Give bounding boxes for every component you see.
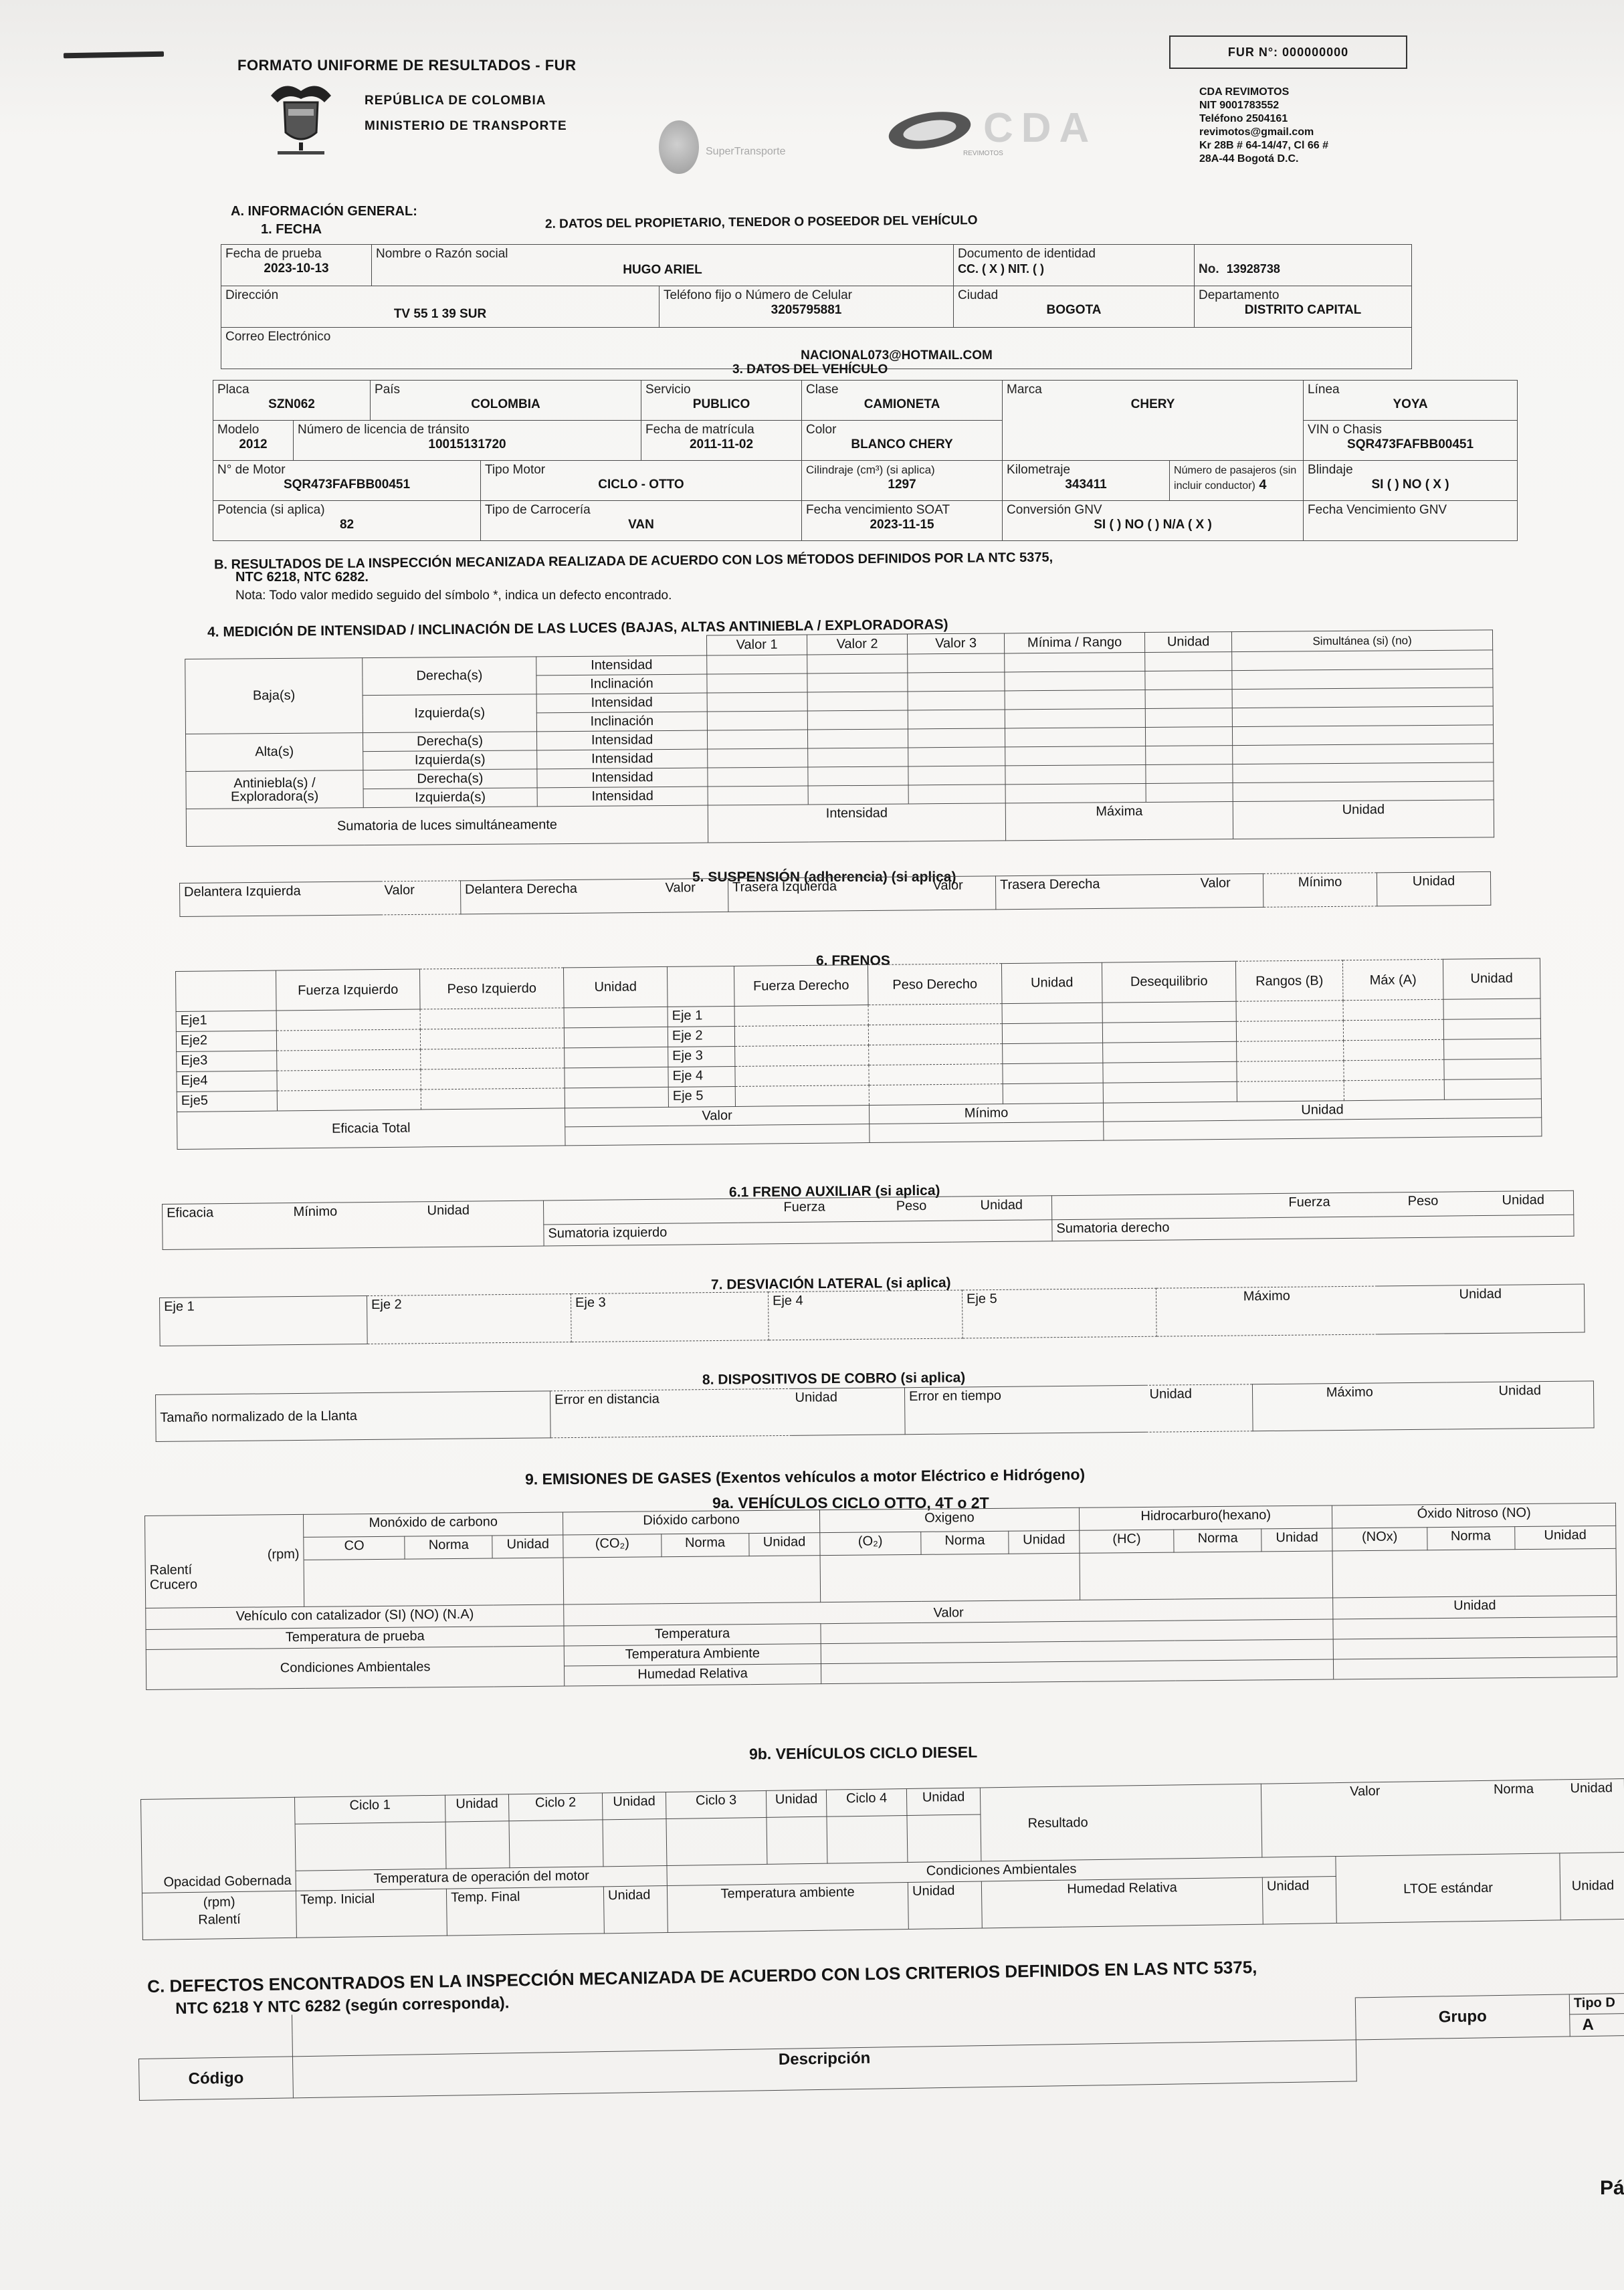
unit-label: Unidad [423, 1201, 544, 1247]
gnv-value: SI ( ) NO ( ) N/A ( X ) [1007, 518, 1299, 532]
unit-header: Unidad [749, 1533, 820, 1556]
mileage-value: 343411 [1007, 478, 1165, 492]
unit-label: Unidad [1145, 1384, 1253, 1433]
unit-header: Unidad [766, 1790, 827, 1817]
axle-label: Eje 3 [668, 1046, 735, 1067]
idle-label: Ralentí [146, 1910, 292, 1930]
cruise-label: Crucero [150, 1576, 300, 1592]
norm-header: Norma [405, 1536, 492, 1559]
axle-label: Eje2 [176, 1031, 276, 1051]
unit-label: Unidad [1558, 1779, 1624, 1806]
front-right-label: Delantera Derecha [460, 879, 661, 914]
rpm-idle-labels: (rpm) Ralentí [142, 1891, 296, 1940]
value-label: Valor [661, 878, 728, 912]
side-label: Derecha(s) [363, 732, 536, 752]
form-title: FORMATO UNIFORME DE RESULTADOS - FUR [237, 57, 576, 74]
measure-label: Inclinación [536, 674, 707, 694]
sum-unit-label: Unidad [1233, 800, 1494, 839]
phone-cell: Teléfono fijo o Número de Celular3205795… [659, 286, 954, 328]
passengers-cell: Número de pasajeros (sin incluir conduct… [1170, 461, 1304, 501]
weight-right-header: Peso Derecho [868, 964, 1002, 1005]
norm-header: Norma [1427, 1527, 1514, 1550]
rpm-label: (rpm) [149, 1546, 299, 1562]
unit-header: Unidad [1443, 958, 1540, 999]
axle-label: Eje5 [177, 1091, 277, 1112]
body-value: VAN [485, 518, 797, 532]
diesel-humidity-label: Humedad Relativa [981, 1877, 1263, 1928]
lights-table: Valor 1 Valor 2 Valor 3 Mínima / Rango U… [185, 629, 1494, 847]
fur-number-box: FUR N°: 000000000 [1169, 35, 1407, 69]
total-efficacy-label: Eficacia Total [177, 1108, 566, 1150]
svg-text:REVIMOTOS: REVIMOTOS [963, 150, 1003, 157]
section-b-title-2: NTC 6218, NTC 6282. [235, 570, 369, 585]
defect-type-header: Tipo D [1569, 1993, 1624, 2014]
page-number-label: Pá [1600, 2177, 1624, 2200]
humidity-label: Humedad Relativa [565, 1664, 821, 1686]
co2-header: (CO₂) [563, 1534, 662, 1558]
diesel-emissions-table: Opacidad Gobernada Ciclo 1 Unidad Ciclo … [140, 1778, 1624, 1940]
efficacy-label: Eficacia [163, 1203, 290, 1250]
address-cell: DirecciónTV 55 1 39 SUR [221, 286, 659, 328]
low-right-label: Derecha(s) [363, 657, 536, 696]
axle-label: Eje 2 [668, 1026, 734, 1047]
passengers-value: 4 [1259, 478, 1266, 492]
group-header: Grupo [1355, 1994, 1570, 2040]
ltoe-label: LTOE estándar [1336, 1853, 1560, 1923]
rpm-mode-labels: (rpm) Ralentí Crucero [145, 1560, 304, 1608]
opacity-label: Opacidad Gobernada [141, 1797, 296, 1893]
lateral-axle-2: Eje 2 [367, 1294, 571, 1344]
brand-cell: MarcaCHERY [1003, 381, 1304, 461]
distance-error-label: Error en distancia [550, 1388, 791, 1437]
weight-left-header: Peso Izquierdo [419, 968, 564, 1009]
vehicle-title: 3. DATOS DEL VEHÍCULO [732, 362, 888, 377]
unit-label: Unidad [791, 1388, 905, 1436]
axle-label: Eje 4 [668, 1066, 735, 1087]
country-value: COLOMBIA [375, 397, 637, 412]
rpm-label: (rpm) [146, 1893, 292, 1912]
temp-initial-label: Temp. Inicial [296, 1889, 447, 1938]
line-value: YOYA [1308, 397, 1513, 412]
col-min-range: Mínima / Rango [1005, 632, 1145, 653]
license-cell: Número de licencia de tránsito1001513172… [294, 421, 641, 461]
brand-value: CHERY [1007, 397, 1299, 412]
service-cell: ServicioPUBLICO [641, 381, 802, 421]
measure-label: Intensidad [536, 693, 707, 713]
unit-header: Unidad [445, 1794, 509, 1822]
nox-header: (NOx) [1332, 1528, 1427, 1551]
class-value: CAMIONETA [806, 397, 998, 412]
axle-label: Eje1 [176, 1011, 276, 1031]
defect-type-a-header: A [1570, 2013, 1624, 2037]
unit-header: Unidad [906, 1788, 981, 1816]
hc-header: (HC) [1080, 1530, 1174, 1553]
front-left-label: Delantera Izquierda [180, 881, 381, 917]
phone-value: 3205795881 [664, 303, 949, 318]
color-cell: ColorBLANCO CHERY [802, 421, 1003, 461]
ltoe-unit-label: Unidad [1560, 1853, 1624, 1920]
force-right-header: Fuerza Derecho [734, 965, 868, 1007]
norm-header: Norma [661, 1534, 748, 1557]
low-beam-label: Baja(s) [185, 658, 363, 734]
weight-label: Peso [871, 1196, 951, 1221]
force-label: Fuerza [737, 1197, 871, 1223]
axle-label: Eje 5 [668, 1086, 735, 1107]
value-label: Valor [380, 881, 460, 915]
unit-header: Unidad [602, 1792, 666, 1820]
measure-label: Intensidad [537, 749, 708, 769]
side-label: Izquierda(s) [363, 788, 537, 808]
total-value-label: Valor [565, 1106, 869, 1127]
hc-group-header: Hidrocarburo(hexano) [1079, 1505, 1332, 1530]
measure-label: Intensidad [537, 787, 708, 807]
col-unit: Unidad [1144, 632, 1231, 653]
value-label: Valor [1196, 873, 1263, 908]
cda-address-2: 28A-44 Bogotá D.C. [1199, 152, 1328, 166]
armor-value: SI ( ) NO ( X ) [1308, 478, 1513, 492]
line-cell: LíneaYOYA [1304, 381, 1518, 421]
model-cell: Modelo2012 [213, 421, 294, 461]
class-cell: ClaseCAMIONETA [802, 381, 1003, 421]
ranges-header: Rangos (B) [1235, 960, 1343, 1002]
gnv-cell: Conversión GNVSI ( ) NO ( ) N/A ( X ) [1003, 501, 1304, 541]
unit-label: Unidad [1333, 1595, 1617, 1619]
soat-cell: Fecha vencimiento SOAT2023-11-15 [802, 501, 1003, 541]
email-value: NACIONAL073@HOTMAIL.COM [386, 348, 1407, 363]
co-group-header: Monóxido de carbono [304, 1512, 564, 1537]
mileage-cell: Kilometraje343411 [1003, 461, 1170, 501]
tire-size-label: Tamaño normalizado de la Llanta [156, 1391, 551, 1442]
id-no-value: 13928738 [1227, 262, 1280, 276]
plate-cell: PlacaSZN062 [213, 381, 371, 421]
cycle-2-header: Ciclo 2 [508, 1793, 603, 1821]
department-cell: DepartamentoDISTRITO CAPITAL [1195, 286, 1412, 328]
cycle-1-header: Ciclo 1 [294, 1795, 445, 1824]
sum-left-label: Sumatoria izquierdo [544, 1220, 1052, 1246]
cda-info-block: CDA REVIMOTOS NIT 9001783552 Teléfono 25… [1199, 86, 1328, 166]
axle-label: Eje3 [177, 1051, 277, 1071]
id-no-cell: No. 13928738 [1195, 245, 1412, 286]
vehicle-table: PlacaSZN062 PaísCOLOMBIA ServicioPUBLICO… [213, 380, 1518, 541]
unit-header: Unidad [1261, 1528, 1332, 1552]
low-left-label: Izquierda(s) [363, 694, 536, 733]
gnv-exp-cell: Fecha Vencimiento GNV [1304, 501, 1518, 541]
max-label: Máximo [1252, 1382, 1447, 1431]
unit-header: Unidad [492, 1535, 563, 1558]
svg-text:CDA: CDA [983, 105, 1097, 151]
sum-max-label: Máxima [1005, 802, 1233, 841]
power-cell: Potencia (si aplica)82 [213, 501, 481, 541]
side-label: Derecha(s) [363, 769, 537, 789]
section-b-note: Nota: Todo valor medido seguido del símb… [235, 589, 672, 603]
id-type-value: CC. ( X ) NIT. ( ) [958, 262, 1044, 276]
o2-header: (O₂) [819, 1532, 921, 1555]
diesel-title: 9b. VEHÍCULOS CICLO DIESEL [749, 1744, 977, 1764]
min-label: Mínimo [1263, 873, 1377, 907]
country-cell: PaísCOLOMBIA [371, 381, 641, 421]
cda-address-1: Kr 28B # 64-14/47, Cl 66 # [1199, 139, 1328, 152]
rear-left-label: Trasera Izquierda [728, 877, 928, 912]
co2-group-header: Dióxido carbono [563, 1510, 820, 1535]
unit-header: Unidad [1514, 1526, 1616, 1549]
lateral-axle-1: Eje 1 [160, 1296, 368, 1346]
service-value: PUBLICO [645, 397, 797, 412]
temp-final-label: Temp. Final [446, 1887, 604, 1936]
unit-label: Unidad [1473, 1190, 1573, 1215]
owner-table: Fecha de prueba2023-10-13 Nombre o Razón… [221, 244, 1412, 369]
vin-value: SQR473FAFBB00451 [1308, 437, 1513, 452]
lateral-unit-label: Unidad [1377, 1284, 1585, 1334]
lateral-axle-5: Eje 5 [962, 1288, 1156, 1338]
test-date-cell: Fecha de prueba2023-10-13 [221, 245, 372, 286]
col-valor-2: Valor 2 [807, 634, 908, 655]
ambient-temp-label: Temperatura Ambiente [565, 1644, 821, 1666]
model-value: 2012 [217, 437, 289, 452]
col-simultaneous: Simultánea (si) (no) [1231, 630, 1492, 652]
idle-label: Ralentí [150, 1561, 300, 1577]
unit-header: Unidad [1001, 962, 1102, 1003]
city-cell: CiudadBOGOTA [954, 286, 1195, 328]
reg-date-value: 2011-11-02 [645, 437, 797, 452]
norm-header: Norma [1174, 1529, 1261, 1552]
city-value: BOGOTA [958, 303, 1190, 318]
colombia-coat-of-arms-icon [264, 79, 338, 159]
col-valor-1: Valor 1 [707, 635, 807, 655]
color-value: BLANCO CHERY [806, 437, 998, 452]
measure-label: Intensidad [537, 768, 708, 788]
otto-emissions-table: Monóxido de carbono Dióxido carbono Oxig… [144, 1503, 1617, 1690]
fur-number-label: FUR N°: [1228, 45, 1278, 60]
side-label: Izquierda(s) [363, 750, 537, 770]
max-header: Máx (A) [1342, 959, 1443, 1000]
displacement-value: 1297 [806, 478, 998, 492]
displacement-cell: Cilindraje (cm³) (si aplica)1297 [802, 461, 1003, 501]
cda-logo-icon: CDA REVIMOTOS [883, 100, 1191, 161]
fog-lights-label: Antiniebla(s) / Exploradora(s) [186, 770, 363, 809]
force-label: Fuerza [1245, 1192, 1373, 1218]
unit-label: Unidad [1446, 1381, 1594, 1429]
cda-name: CDA REVIMOTOS [1199, 86, 1328, 99]
unit-label: Unidad [1262, 1877, 1336, 1925]
ministry-label: MINISTERIO DE TRANSPORTE [365, 119, 567, 134]
diesel-ambient-temp-label: Temperatura ambiente [667, 1882, 908, 1932]
fecha-title: 1. FECHA [261, 222, 322, 237]
cda-email: revimotos@gmail.com [1199, 126, 1328, 139]
unit-label: Unidad [1377, 871, 1490, 906]
lateral-axle-3: Eje 3 [571, 1292, 769, 1342]
measure-label: Intensidad [536, 730, 707, 750]
unit-label: Unidad [603, 1886, 668, 1934]
cycle-3-header: Ciclo 3 [666, 1790, 767, 1818]
cycle-4-header: Ciclo 4 [826, 1789, 907, 1817]
axle-label: Eje 1 [668, 1006, 734, 1027]
fur-number-value: 000000000 [1282, 45, 1348, 60]
cda-nit: NIT 9001783552 [1199, 99, 1328, 112]
result-label: Resultado [980, 1784, 1261, 1861]
co-header: CO [304, 1536, 405, 1560]
license-value: 10015131720 [298, 437, 637, 452]
sum-intensity-label: Intensidad [708, 803, 1005, 843]
taximeter-title: 8. DISPOSITIVOS DE COBRO (si aplica) [702, 1370, 965, 1388]
weight-label: Peso [1373, 1192, 1473, 1217]
vin-cell: VIN o ChasisSQR473FAFBB00451 [1304, 421, 1518, 461]
norm-header: Norma [921, 1531, 1009, 1554]
imbalance-header: Desequilibrio [1102, 961, 1236, 1003]
sum-right-label: Sumatoria derecho [1052, 1215, 1574, 1241]
unit-header: Unidad [1009, 1530, 1080, 1554]
brakes-table: Fuerza Izquierdo Peso Izquierdo Unidad F… [175, 958, 1542, 1150]
republic-label: REPÚBLICA DE COLOMBIA [365, 94, 546, 108]
unit-label: Unidad [951, 1196, 1051, 1221]
time-error-label: Error en tiempo [904, 1385, 1146, 1434]
id-doc-cell: Documento de identidadCC. ( X ) NIT. ( ) [954, 245, 1195, 286]
department-value: DISTRITO CAPITAL [1199, 303, 1407, 318]
measure-label: Inclinación [536, 712, 707, 732]
soat-value: 2023-11-15 [806, 518, 998, 532]
norm-label: Norma [1468, 1780, 1559, 1808]
no-group-header: Óxido Nitroso (NO) [1332, 1503, 1616, 1528]
unit-header: Unidad [563, 966, 668, 1007]
rear-right-label: Trasera Derecha [995, 874, 1196, 910]
lateral-axle-4: Eje 4 [768, 1290, 962, 1340]
body-cell: Tipo de CarroceríaVAN [481, 501, 802, 541]
cda-phone: Teléfono 2504161 [1199, 112, 1328, 126]
value-label: Valor [1261, 1781, 1469, 1810]
code-header: Código [138, 2057, 293, 2101]
sum-lights-label: Sumatoria de luces simultáneamente [186, 805, 708, 846]
high-beam-label: Alta(s) [185, 733, 363, 772]
value-label: Valor [928, 876, 995, 910]
col-valor-3: Valor 3 [908, 633, 1005, 654]
engine-type-value: CICLO - OTTO [485, 478, 797, 492]
unit-label: Unidad [908, 1881, 982, 1930]
armor-cell: BlindajeSI ( ) NO ( X ) [1304, 461, 1518, 501]
supertransporte-logo-icon [659, 120, 699, 174]
min-label: Mínimo [289, 1202, 423, 1249]
plate-value: SZN062 [217, 397, 366, 412]
engine-no-value: SQR473FAFBB00451 [217, 478, 476, 492]
power-value: 82 [217, 518, 476, 532]
address-value: TV 55 1 39 SUR [225, 307, 655, 322]
measure-label: Intensidad [536, 655, 707, 675]
axle-label: Eje4 [177, 1071, 277, 1091]
supertransporte-label: SuperTransporte [706, 146, 785, 158]
section-a-title: A. INFORMACIÓN GENERAL: [231, 204, 417, 219]
owner-name-value: HUGO ARIEL [376, 263, 949, 278]
engine-type-cell: Tipo MotorCICLO - OTTO [481, 461, 802, 501]
owner-name-cell: Nombre o Razón socialHUGO ARIEL [372, 245, 954, 286]
temp-label: Temperatura [564, 1624, 821, 1646]
engine-no-cell: N° de MotorSQR473FAFBB00451 [213, 461, 481, 501]
reg-date-cell: Fecha de matrícula2011-11-02 [641, 421, 802, 461]
force-left-header: Fuerza Izquierdo [276, 969, 420, 1011]
lateral-max-label: Máximo [1156, 1286, 1377, 1336]
test-date-value: 2023-10-13 [225, 262, 367, 276]
ambient-conditions-label: Condiciones Ambientales [146, 1646, 565, 1689]
total-min-label: Mínimo [869, 1103, 1103, 1124]
o2-group-header: Oxigeno [819, 1507, 1080, 1532]
